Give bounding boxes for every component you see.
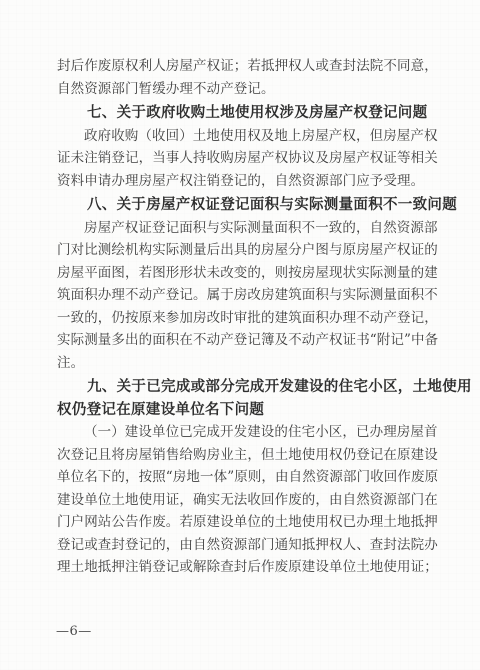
paragraph: （一）建设单位已完成开发建设的住宅小区，已办理房屋首次登记且将房屋销售给购房业主… — [57, 421, 447, 579]
document-content: 封后作废原权利人房屋产权证；若抵押权人或查封法院不同意，自然资源部门暂缓办理不动… — [57, 55, 447, 579]
text-line: 次登记且将房屋销售给购房业主，但土地使用权仍登记在原建设 — [57, 444, 447, 467]
text-line: 建设单位土地使用证，确实无法收回作废的，由自然资源部门在 — [57, 489, 447, 512]
text-line: 门对比测绘机构实际测量后出具的房屋分户图与原房屋产权证的 — [57, 239, 447, 262]
text-line: 七、关于政府收购土地使用权涉及房屋产权登记问题 — [57, 102, 447, 125]
text-line: 八、关于房屋产权证登记面积与实际测量面积不一致问题 — [57, 194, 447, 217]
text-line: 房屋产权证登记面积与实际测量面积不一致的，自然资源部 — [57, 217, 447, 240]
text-line: （一）建设单位已完成开发建设的住宅小区，已办理房屋首 — [57, 421, 447, 444]
text-line: 封后作废原权利人房屋产权证；若抵押权人或查封法院不同意， — [57, 55, 447, 78]
text-line: 房屋平面图，若图形形状未改变的，则按房屋现状实际测量的建 — [57, 262, 447, 285]
text-line: 证未注销登记，当事人持收购房屋产权协议及房屋产权证等相关 — [57, 147, 447, 170]
text-line: 注。 — [57, 352, 447, 375]
text-line: 资料申请办理房屋产权注销登记的，自然资源部门应予受理。 — [57, 170, 447, 193]
paragraph: 政府收购（收回）土地使用权及地上房屋产权，但房屋产权证未注销登记，当事人持收购房… — [57, 125, 447, 193]
section-heading: 八、关于房屋产权证登记面积与实际测量面积不一致问题 — [57, 194, 447, 217]
page-number: —6— — [56, 624, 92, 640]
text-line: 门户网站公告作废。若原建设单位的土地使用权已办理土地抵押 — [57, 511, 447, 534]
document-page: 封后作废原权利人房屋产权证；若抵押权人或查封法院不同意，自然资源部门暂缓办理不动… — [0, 0, 480, 670]
text-line: 登记或查封登记的，由自然资源部门通知抵押权人、查封法院办 — [57, 534, 447, 557]
text-line: 权仍登记在原建设单位名下问题 — [57, 399, 447, 422]
paragraph: 房屋产权证登记面积与实际测量面积不一致的，自然资源部门对比测绘机构实际测量后出具… — [57, 217, 447, 375]
text-line: 一致的，仍按原来参加房改时审批的建筑面积办理不动产登记， — [57, 307, 447, 330]
text-line: 理土地抵押注销登记或解除查封后作废原建设单位土地使用证； — [57, 556, 447, 579]
text-line: 政府收购（收回）土地使用权及地上房屋产权，但房屋产权 — [57, 125, 447, 148]
section-heading: 九、关于已完成或部分完成开发建设的住宅小区，土地使用权仍登记在原建设单位名下问题 — [57, 376, 447, 421]
section-heading: 七、关于政府收购土地使用权涉及房屋产权登记问题 — [57, 102, 447, 125]
text-line: 单位名下的，按照“房地一体”原则，由自然资源部门收回作废原 — [57, 466, 447, 489]
text-line: 自然资源部门暂缓办理不动产登记。 — [57, 78, 447, 101]
paragraph: 封后作废原权利人房屋产权证；若抵押权人或查封法院不同意，自然资源部门暂缓办理不动… — [57, 55, 447, 100]
text-line: 实际测量多出的面积在不动产登记簿及不动产权证书“附记”中备 — [57, 329, 447, 352]
text-line: 筑面积办理不动产登记。属于房改房建筑面积与实际测量面积不 — [57, 284, 447, 307]
text-line: 九、关于已完成或部分完成开发建设的住宅小区，土地使用 — [57, 376, 447, 399]
